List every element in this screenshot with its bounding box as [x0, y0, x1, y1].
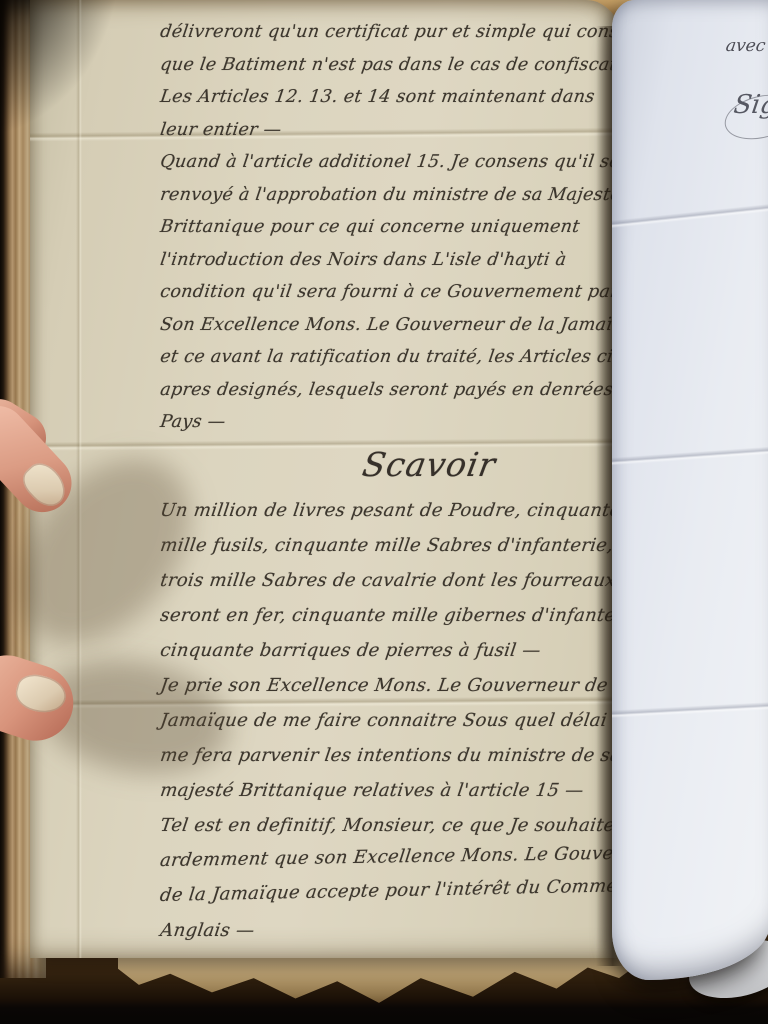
manuscript-line: cinquante barriques de pierres à fusil —	[158, 633, 622, 668]
manuscript-page: délivreront qu'un certificat pur et simp…	[30, 0, 622, 958]
manuscript-line: et ce avant la ratification du traité, l…	[158, 341, 622, 374]
manuscript-line: condition qu'il sera fourni à ce Gouvern…	[158, 276, 622, 309]
manuscript-line: l'introduction des Noirs dans L'isle d'h…	[158, 244, 622, 277]
manuscript-line: seront en fer, cinquante mille gibernes …	[158, 598, 622, 633]
fold-crease	[612, 203, 768, 229]
manuscript-line: mille fusils, cinquante mille Sabres d'i…	[158, 528, 622, 563]
manuscript-line: Jamaïque de me faire connaitre Sous quel…	[158, 703, 622, 738]
manuscript-line: Anglais —	[158, 913, 622, 948]
manuscript-line: trois mille Sabres de cavalrie dont les …	[158, 563, 622, 598]
manuscript-line: Pays —	[158, 406, 622, 439]
manuscript-line: me fera parvenir les intentions du minis…	[158, 738, 622, 773]
manuscript-line: Brittanique pour ce qui concerne uniquem…	[158, 211, 622, 244]
signature-fragment: Sig	[732, 90, 768, 120]
manuscript-line: Un million de livres pesant de Poudre, c…	[158, 493, 622, 528]
facing-page: avec Sig	[612, 0, 768, 980]
manuscript-line: renvoyé à l'approbation du ministre de s…	[158, 179, 622, 212]
manuscript-line: majesté Brittanique relatives à l'articl…	[158, 773, 622, 808]
fold-crease	[612, 446, 768, 466]
manuscript-line: apres designés, lesquels seront payés en…	[158, 374, 622, 407]
manuscript-line: Les Articles 12. 13. et 14 sont maintena…	[158, 81, 622, 114]
manuscript-line: leur entier —	[158, 114, 622, 147]
handwritten-text: délivreront qu'un certificat pur et simp…	[158, 16, 622, 948]
section-heading-scavoir: Scavoir	[359, 442, 622, 488]
facing-page-word: avec	[725, 36, 767, 56]
manuscript-line: Son Excellence Mons. Le Gouverneur de la…	[158, 309, 622, 342]
manuscript-line: Je prie son Excellence Mons. Le Gouverne…	[158, 668, 622, 703]
manuscript-line: que le Batiment n'est pas dans le cas de…	[158, 49, 622, 82]
manuscript-line: Quand à l'article additionel 15. Je cons…	[158, 146, 622, 179]
manuscript-photograph: délivreront qu'un certificat pur et simp…	[0, 0, 768, 1024]
margin-fold-crease	[76, 0, 82, 958]
fold-crease	[612, 702, 768, 719]
manuscript-line: délivreront qu'un certificat pur et simp…	[158, 16, 622, 49]
